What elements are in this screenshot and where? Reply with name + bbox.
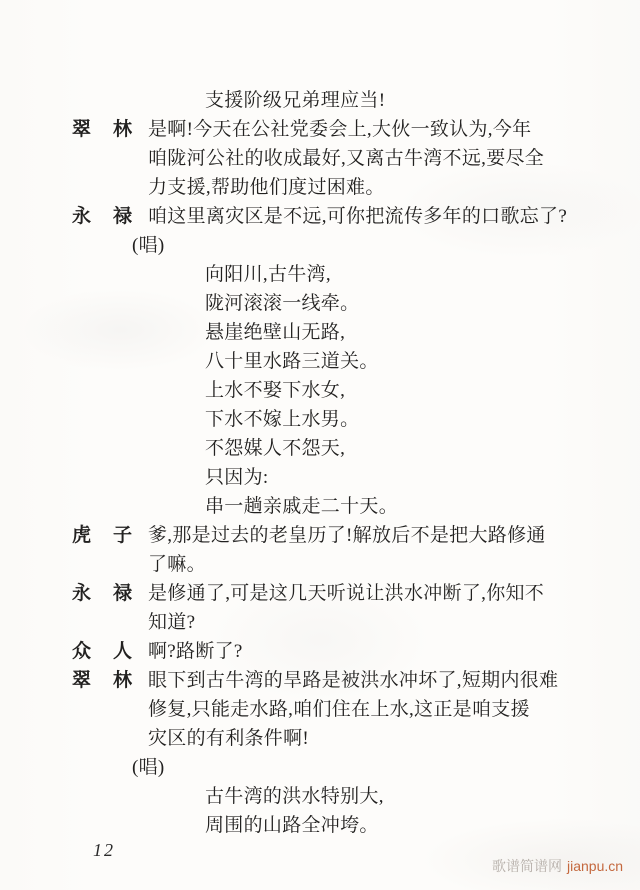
speaker-name: 翠林: [72, 115, 132, 144]
speaker-char: 禄: [113, 579, 132, 608]
speaker-char: 翠: [72, 666, 91, 695]
dialogue-line: 咱陇河公社的收成最好,又离古牛湾不远,要尽全: [148, 144, 582, 173]
sung-verse-block: 古牛湾的洪水特别大,周围的山路全冲垮。: [205, 782, 582, 840]
dialogue-block: 永禄 是修通了,可是这几天听说让洪水冲断了,你知不知道?: [72, 579, 582, 637]
watermark-site-url: jianpu.cn: [567, 858, 623, 874]
dialogue-line: 知道?: [148, 608, 582, 637]
dialogue-block: 翠林 眼下到古牛湾的旱路是被洪水冲坏了,短期内很难修复,只能走水路,咱们住在上水…: [72, 666, 582, 753]
speaker-char: 虎: [72, 521, 91, 550]
speaker-char: 众: [72, 637, 91, 666]
dialogue-lines: 爹,那是过去的老皇历了!解放后不是把大路修通了嘛。: [148, 521, 582, 579]
speaker-char: 林: [113, 115, 132, 144]
dialogue-lines: 是修通了,可是这几天听说让洪水冲断了,你知不知道?: [148, 579, 582, 637]
dialogue-line: 眼下到古牛湾的旱路是被洪水冲坏了,短期内很难: [148, 666, 582, 695]
dialogue-lines: 眼下到古牛湾的旱路是被洪水冲坏了,短期内很难修复,只能走水路,咱们住在上水,这正…: [148, 666, 582, 753]
speaker-name: 众人: [72, 637, 132, 666]
speaker-name: 永禄: [72, 202, 132, 231]
dialogue-line: 啊?路断了?: [148, 637, 582, 666]
speaker-char: 子: [113, 521, 132, 550]
dialogue-line: 爹,那是过去的老皇历了!解放后不是把大路修通: [148, 521, 582, 550]
dialogue-line: 修复,只能走水路,咱们住在上水,这正是咱支援: [148, 695, 582, 724]
sung-verse-block: 支援阶级兄弟理应当!: [205, 86, 582, 115]
watermark: 歌谱简谱网jianpu.cn: [492, 856, 623, 878]
speaker-char: 人: [113, 637, 132, 666]
verse-line: 八十里水路三道关。: [205, 347, 582, 376]
dialogue-line: 力支援,帮助他们度过困难。: [148, 173, 582, 202]
verse-line: 古牛湾的洪水特别大,: [205, 782, 582, 811]
page-number: 12: [93, 840, 115, 861]
stage-direction: (唱): [132, 753, 582, 782]
dialogue-line: 了嘛。: [148, 550, 582, 579]
speaker-char: 永: [72, 202, 91, 231]
dialogue-lines: 咱这里离灾区是不远,可你把流传多年的口歌忘了?: [148, 202, 582, 231]
speaker-name: 永禄: [72, 579, 132, 608]
verse-line: 向阳川,古牛湾,: [205, 260, 582, 289]
verse-line: 悬崖绝壁山无路,: [205, 318, 582, 347]
speaker-char: 林: [113, 666, 132, 695]
speaker-char: 翠: [72, 115, 91, 144]
dialogue-block: 翠林 是啊!今天在公社党委会上,大伙一致认为,今年咱陇河公社的收成最好,又离古牛…: [72, 115, 582, 202]
speaker-name: 虎子: [72, 521, 132, 550]
dialogue-line: 是啊!今天在公社党委会上,大伙一致认为,今年: [148, 115, 582, 144]
script-body: 支援阶级兄弟理应当! 翠林 是啊!今天在公社党委会上,大伙一致认为,今年咱陇河公…: [72, 86, 582, 840]
dialogue-block: 虎子 爹,那是过去的老皇历了!解放后不是把大路修通了嘛。: [72, 521, 582, 579]
verse-line: 陇河滚滚一线牵。: [205, 289, 582, 318]
verse-line: 上水不娶下水女,: [205, 376, 582, 405]
dialogue-block: 众人 啊?路断了?: [72, 637, 582, 666]
dialogue-lines: 啊?路断了?: [148, 637, 582, 666]
dialogue-block: 永禄 咱这里离灾区是不远,可你把流传多年的口歌忘了?: [72, 202, 582, 231]
verse-line: 周围的山路全冲垮。: [205, 811, 582, 840]
sung-verse-block: 向阳川,古牛湾,陇河滚滚一线牵。悬崖绝壁山无路,八十里水路三道关。上水不娶下水女…: [205, 260, 582, 521]
verse-line: 下水不嫁上水男。: [205, 405, 582, 434]
dialogue-line: 灾区的有利条件啊!: [148, 724, 582, 753]
verse-line: 串一趟亲戚走二十天。: [205, 492, 582, 521]
stage-direction: (唱): [132, 231, 582, 260]
stage-direction-label: (唱): [132, 235, 165, 256]
dialogue-lines: 是啊!今天在公社党委会上,大伙一致认为,今年咱陇河公社的收成最好,又离古牛湾不远…: [148, 115, 582, 202]
stage-direction-label: (唱): [132, 757, 165, 778]
dialogue-line: 咱这里离灾区是不远,可你把流传多年的口歌忘了?: [148, 202, 582, 231]
watermark-site-name: 歌谱简谱网: [492, 860, 562, 875]
verse-line: 不怨媒人不怨天,: [205, 434, 582, 463]
dialogue-line: 是修通了,可是这几天听说让洪水冲断了,你知不: [148, 579, 582, 608]
verse-line: 只因为:: [205, 463, 582, 492]
speaker-name: 翠林: [72, 666, 132, 695]
verse-line: 支援阶级兄弟理应当!: [205, 86, 582, 115]
speaker-char: 禄: [113, 202, 132, 231]
speaker-char: 永: [72, 579, 91, 608]
